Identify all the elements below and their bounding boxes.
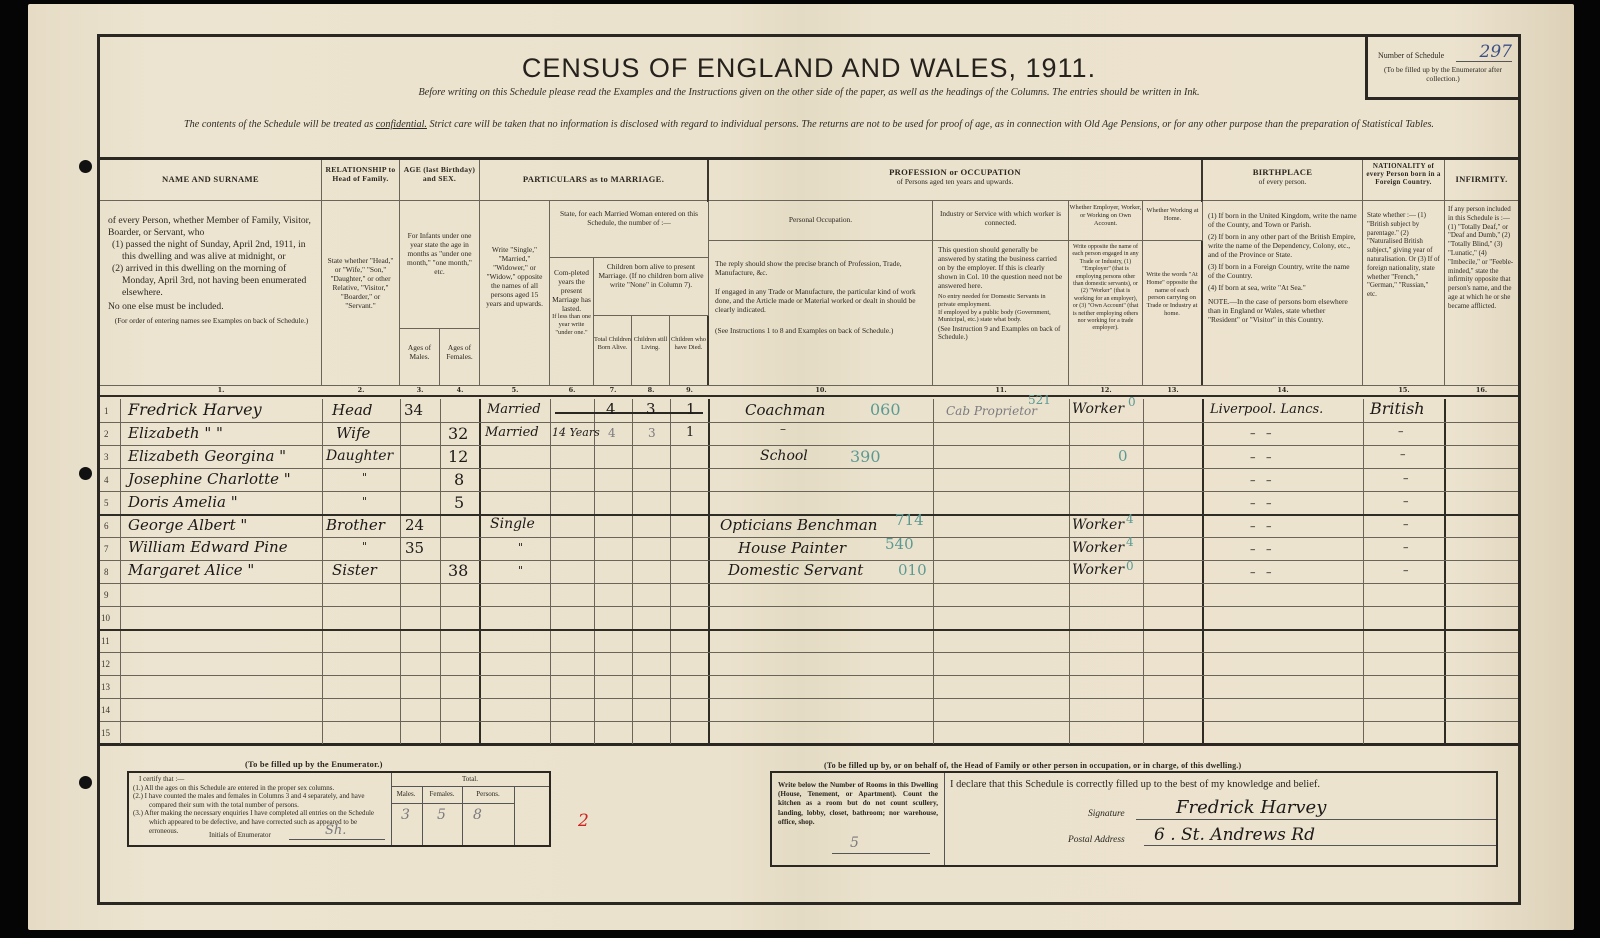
occupation-code: 060 bbox=[870, 400, 901, 419]
employment-status[interactable]: Worker bbox=[1072, 562, 1124, 578]
nationality[interactable]: – bbox=[1403, 518, 1409, 531]
age-male[interactable]: 35 bbox=[405, 539, 424, 557]
relationship[interactable]: " bbox=[362, 471, 367, 484]
col-age-title: AGE (last Birthday) and SEX. bbox=[400, 166, 479, 183]
birthplace[interactable]: – – bbox=[1250, 474, 1272, 487]
schedule-number[interactable]: 297 bbox=[1480, 47, 1512, 57]
age-male[interactable]: 24 bbox=[405, 516, 424, 534]
age-female[interactable]: 32 bbox=[448, 424, 468, 443]
ink-instruction: Before writing on this Schedule please r… bbox=[100, 87, 1518, 98]
occupation[interactable]: House Painter bbox=[738, 539, 846, 557]
marital-status[interactable]: Married bbox=[487, 402, 541, 417]
children-total[interactable]: 4 bbox=[608, 426, 616, 440]
census-form: CENSUS OF ENGLAND AND WALES, 1911. Befor… bbox=[97, 34, 1521, 905]
employment-status[interactable]: Worker bbox=[1072, 401, 1124, 417]
marriage-years[interactable]: 14 Years bbox=[552, 426, 600, 439]
children-living[interactable]: 3 bbox=[648, 426, 656, 440]
person-name[interactable]: George Albert " bbox=[128, 516, 247, 534]
relationship[interactable]: Brother bbox=[326, 516, 385, 534]
marital-status[interactable]: Married bbox=[485, 425, 539, 440]
col-name-title: NAME AND SURNAME bbox=[100, 174, 321, 184]
birthplace[interactable]: – – bbox=[1250, 566, 1272, 579]
enumerator-initials[interactable]: Sh. bbox=[325, 823, 346, 838]
punch-hole bbox=[79, 160, 92, 173]
age-female[interactable]: 38 bbox=[448, 561, 468, 580]
header-band: NAME AND SURNAME RELATIONSHIP to Head of… bbox=[100, 157, 1518, 201]
entries-body: 1 2 3 4 5 6 7 8 9 10 11 12 13 14 15 Fred… bbox=[100, 399, 1518, 746]
occupation-code: 390 bbox=[850, 447, 881, 466]
relationship[interactable]: " bbox=[362, 540, 367, 553]
householder-heading: (To be filled up by, or on behalf of, th… bbox=[824, 761, 1241, 770]
col-relationship-title: RELATIONSHIP to Head of Family. bbox=[322, 166, 399, 183]
person-name[interactable]: Margaret Alice " bbox=[128, 561, 254, 579]
nationality[interactable]: – bbox=[1403, 564, 1409, 577]
person-name[interactable]: Josephine Charlotte " bbox=[128, 470, 291, 488]
enumerator-heading: (To be filled up by the Enumerator.) bbox=[245, 759, 383, 769]
rooms-count[interactable]: 5 bbox=[850, 835, 859, 851]
nationality[interactable]: – bbox=[1398, 425, 1404, 438]
total-females[interactable]: 5 bbox=[437, 807, 446, 823]
children-total[interactable]: 4 bbox=[606, 400, 616, 418]
employment-code: 4 bbox=[1126, 512, 1134, 526]
relationship[interactable]: " bbox=[362, 495, 367, 508]
employment-code: 0 bbox=[1126, 559, 1134, 573]
nationality[interactable]: British bbox=[1370, 399, 1425, 418]
householder-declaration: Write below the Number of Rooms in this … bbox=[770, 771, 1498, 867]
children-died[interactable]: 1 bbox=[686, 425, 694, 440]
column-number-row: 1. 2. 3. 4. 5. 6. 7. 8. 9. 10. 11. 12. 1… bbox=[100, 385, 1518, 397]
nationality[interactable]: – bbox=[1403, 541, 1409, 554]
industry[interactable]: Cab Proprietor bbox=[946, 404, 1037, 418]
employment-code: 4 bbox=[1126, 535, 1134, 549]
col-birthplace-title: BIRTHPLACE bbox=[1203, 167, 1362, 177]
person-name[interactable]: Elizabeth Georgina " bbox=[128, 447, 286, 465]
relationship[interactable]: Head bbox=[332, 401, 373, 419]
age-female[interactable]: 12 bbox=[448, 447, 468, 466]
children-died[interactable]: 1 bbox=[686, 400, 696, 418]
instruction-band: of every Person, whether Member of Famil… bbox=[100, 201, 1518, 385]
person-name[interactable]: Fredrick Harvey bbox=[128, 400, 262, 419]
col-marriage-title: PARTICULARS as to MARRIAGE. bbox=[480, 174, 707, 184]
birthplace[interactable]: – – bbox=[1250, 543, 1272, 556]
total-males[interactable]: 3 bbox=[401, 807, 410, 823]
industry-code: 521 bbox=[1028, 393, 1051, 407]
total-persons[interactable]: 8 bbox=[473, 807, 482, 823]
page-title: CENSUS OF ENGLAND AND WALES, 1911. bbox=[100, 53, 1518, 84]
occupation[interactable]: – bbox=[780, 422, 786, 436]
marital-status[interactable]: " bbox=[518, 541, 523, 554]
occupation-code: 714 bbox=[895, 511, 924, 529]
person-name[interactable]: Elizabeth " " bbox=[128, 424, 223, 442]
age-female[interactable]: 8 bbox=[454, 470, 464, 489]
birthplace[interactable]: – – bbox=[1250, 520, 1272, 533]
birthplace[interactable]: – – bbox=[1250, 451, 1272, 464]
employment-code: 0 bbox=[1128, 395, 1136, 409]
schedule-number-box: Number of Schedule 297 (To be filled up … bbox=[1365, 34, 1521, 100]
occupation-code: 010 bbox=[898, 561, 927, 579]
col-infirmity-title: INFIRMITY. bbox=[1445, 174, 1518, 184]
strikethrough-line bbox=[555, 412, 703, 414]
birthplace[interactable]: Liverpool. Lancs. bbox=[1210, 402, 1323, 417]
employment-code: 0 bbox=[1118, 447, 1128, 465]
relationship[interactable]: Daughter bbox=[326, 448, 393, 464]
person-name[interactable]: William Edward Pine bbox=[128, 538, 288, 556]
person-name[interactable]: Doris Amelia " bbox=[128, 493, 238, 511]
nationality[interactable]: – bbox=[1403, 495, 1409, 508]
enumerator-certificate: I certify that :— (1.) All the ages on t… bbox=[127, 771, 551, 847]
occupation[interactable]: Domestic Servant bbox=[728, 561, 863, 579]
children-living[interactable]: 3 bbox=[646, 400, 656, 418]
relationship[interactable]: Wife bbox=[336, 424, 370, 442]
birthplace[interactable]: – – bbox=[1250, 427, 1272, 440]
punch-hole bbox=[79, 776, 92, 789]
marital-status[interactable]: " bbox=[518, 564, 523, 577]
relationship[interactable]: Sister bbox=[332, 561, 377, 579]
punch-hole bbox=[79, 467, 92, 480]
age-male[interactable]: 34 bbox=[404, 401, 423, 419]
signature[interactable]: Fredrick Harvey bbox=[1176, 797, 1326, 818]
confidentiality-notice: The contents of the Schedule will be tre… bbox=[100, 117, 1518, 133]
employment-status[interactable]: Worker bbox=[1072, 540, 1124, 556]
age-female[interactable]: 5 bbox=[454, 493, 464, 512]
marital-status[interactable]: Single bbox=[490, 516, 535, 532]
red-tally-mark: 2 bbox=[578, 811, 589, 831]
occupation[interactable]: Coachman bbox=[745, 401, 825, 419]
birthplace[interactable]: – – bbox=[1250, 497, 1272, 510]
occupation-code: 540 bbox=[885, 535, 914, 553]
occupation[interactable]: School bbox=[760, 448, 808, 464]
nationality[interactable]: – bbox=[1403, 472, 1409, 485]
postal-address[interactable]: 6 . St. Andrews Rd bbox=[1154, 825, 1315, 845]
nationality[interactable]: – bbox=[1400, 448, 1406, 461]
col-nationality-title: NATIONALITY of every Person born in a Fo… bbox=[1363, 162, 1444, 186]
col-profession-title: PROFESSION or OCCUPATION bbox=[709, 167, 1201, 177]
occupation[interactable]: Opticians Benchman bbox=[720, 516, 877, 534]
employment-status[interactable]: Worker bbox=[1072, 517, 1124, 533]
